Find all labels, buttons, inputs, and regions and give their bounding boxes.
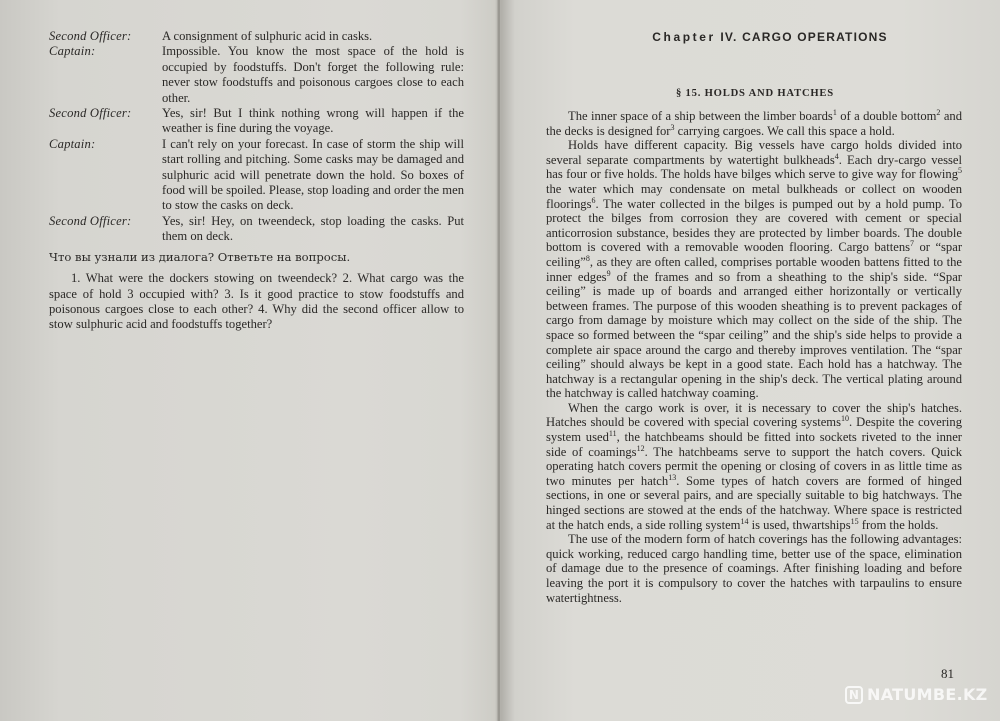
speaker: Second Officer: <box>49 106 162 137</box>
dialogue-line: I can't rely on your forecast. In case o… <box>162 137 464 214</box>
paragraph: The use of the modern form of hatch cove… <box>546 532 962 605</box>
dialogue-line: Yes, sir! Hey, on tweendeck, stop loadin… <box>162 214 464 245</box>
text-run: The use of the modern form of hatch cove… <box>546 532 962 604</box>
watermark-text: NATUMBE.KZ <box>867 685 988 704</box>
russian-instruction: Что вы узнали из диалога? Ответьте на во… <box>49 250 464 265</box>
chapter-label: Chapter <box>652 30 716 44</box>
text-run: carrying cargoes. We call this space a h… <box>675 124 895 138</box>
speaker: Second Officer: <box>49 29 162 44</box>
dialogue-row: Second Officer: Yes, sir! But I think no… <box>49 106 464 137</box>
left-page: Second Officer: A consignment of sulphur… <box>0 0 500 721</box>
footnote-marker: 13 <box>668 473 676 482</box>
paragraph: The inner space of a ship between the li… <box>546 109 962 138</box>
text-run: from the holds. <box>859 518 939 532</box>
chapter-heading: Chapter IV. CARGO OPERATIONS <box>560 30 980 44</box>
right-page: Chapter IV. CARGO OPERATIONS § 15. HOLDS… <box>500 0 1000 721</box>
body-text: The inner space of a ship between the li… <box>546 109 962 605</box>
footnote-marker: 10 <box>841 414 849 423</box>
watermark-logo-icon: N <box>845 686 863 704</box>
text-run: The inner space of a ship between the li… <box>568 109 833 123</box>
chapter-title: IV. CARGO OPERATIONS <box>720 30 887 44</box>
dialogue-row: Captain: I can't rely on your forecast. … <box>49 137 464 214</box>
footnote-marker: 5 <box>958 166 962 175</box>
paragraph: Holds have different capacity. Big vesse… <box>546 138 962 401</box>
dialogue: Second Officer: A consignment of sulphur… <box>49 29 464 245</box>
dialogue-line: Impossible. You know the most space of t… <box>162 44 464 106</box>
book-spread: Second Officer: A consignment of sulphur… <box>0 0 1000 721</box>
section-title: § 15. HOLDS AND HATCHES <box>540 88 970 99</box>
speaker: Second Officer: <box>49 214 162 245</box>
book-spine <box>497 0 501 721</box>
text-run: of a double bottom <box>837 109 937 123</box>
paragraph: When the cargo work is over, it is neces… <box>546 401 962 532</box>
footnote-marker: 11 <box>609 429 617 438</box>
footnote-marker: 15 <box>851 517 859 526</box>
dialogue-row: Second Officer: A consignment of sulphur… <box>49 29 464 44</box>
page-number: 81 <box>941 666 954 682</box>
text-run: is used, thwartships <box>748 518 850 532</box>
text-run: . The water collected in the bilges is p… <box>546 197 962 255</box>
speaker: Captain: <box>49 137 162 214</box>
dialogue-line: A consignment of sulphuric acid in casks… <box>162 29 464 44</box>
dialogue-line: Yes, sir! But I think nothing wrong will… <box>162 106 464 137</box>
speaker: Captain: <box>49 44 162 106</box>
dialogue-row: Second Officer: Yes, sir! Hey, on tweend… <box>49 214 464 245</box>
dialogue-row: Captain: Impossible. You know the most s… <box>49 44 464 106</box>
text-run: of the frames and so from a sheathing to… <box>546 270 962 401</box>
footnote-marker: 12 <box>637 444 645 453</box>
watermark: N NATUMBE.KZ <box>845 685 988 704</box>
questions: 1. What were the dockers stowing on twee… <box>49 271 464 333</box>
